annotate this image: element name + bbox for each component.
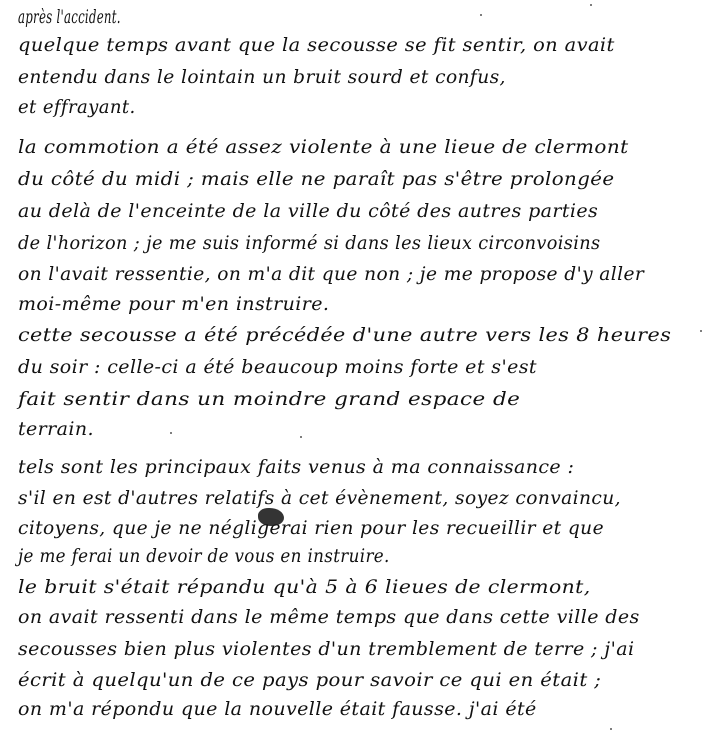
text-line: moi-même pour m'en instruire. xyxy=(18,293,329,315)
text-line: je me ferai un devoir de vous en instrui… xyxy=(18,545,390,567)
paper-speck xyxy=(480,14,482,16)
text-line: fait sentir dans un moindre grand espace… xyxy=(18,388,520,410)
text-line: entendu dans le lointain un bruit sourd … xyxy=(18,66,506,88)
text-line: du soir : celle-ci a été beaucoup moins … xyxy=(18,356,537,378)
text-line: le bruit s'était répandu qu'à 5 à 6 lieu… xyxy=(18,576,591,598)
paper-speck xyxy=(590,4,592,6)
paper-speck xyxy=(170,432,172,434)
text-line: de l'horizon ; je me suis informé si dan… xyxy=(18,232,600,254)
text-line: terrain. xyxy=(18,418,94,440)
ink-blot xyxy=(258,508,284,526)
text-line: on m'a répondu que la nouvelle était fau… xyxy=(18,698,537,720)
text-line: s'il en est d'autres relatifs à cet évèn… xyxy=(18,487,621,509)
text-line: tels sont les principaux faits venus à m… xyxy=(18,456,574,478)
text-line: quelque temps avant que la secousse se f… xyxy=(18,34,615,56)
text-line: du côté du midi ; mais elle ne paraît pa… xyxy=(18,168,614,190)
manuscript-page: après l'accident. quelque temps avant qu… xyxy=(0,0,709,735)
text-line: et effrayant. xyxy=(18,96,136,118)
text-line: secousses bien plus violentes d'un tremb… xyxy=(18,638,634,660)
text-line: on avait ressenti dans le même temps que… xyxy=(18,606,640,628)
paper-speck xyxy=(610,728,612,730)
text-line: après l'accident. xyxy=(18,6,121,28)
paper-speck xyxy=(300,436,302,438)
text-line: cette secousse a été précédée d'une autr… xyxy=(18,324,671,346)
paper-speck xyxy=(700,330,702,332)
text-line: au delà de l'enceinte de la ville du côt… xyxy=(18,200,598,222)
text-line: écrit à quelqu'un de ce pays pour savoir… xyxy=(18,669,601,691)
text-line: on l'avait ressentie, on m'a dit que non… xyxy=(18,263,644,285)
text-line: citoyens, que je ne négligerai rien pour… xyxy=(18,517,604,539)
text-line: la commotion a été assez violente à une … xyxy=(18,136,629,158)
